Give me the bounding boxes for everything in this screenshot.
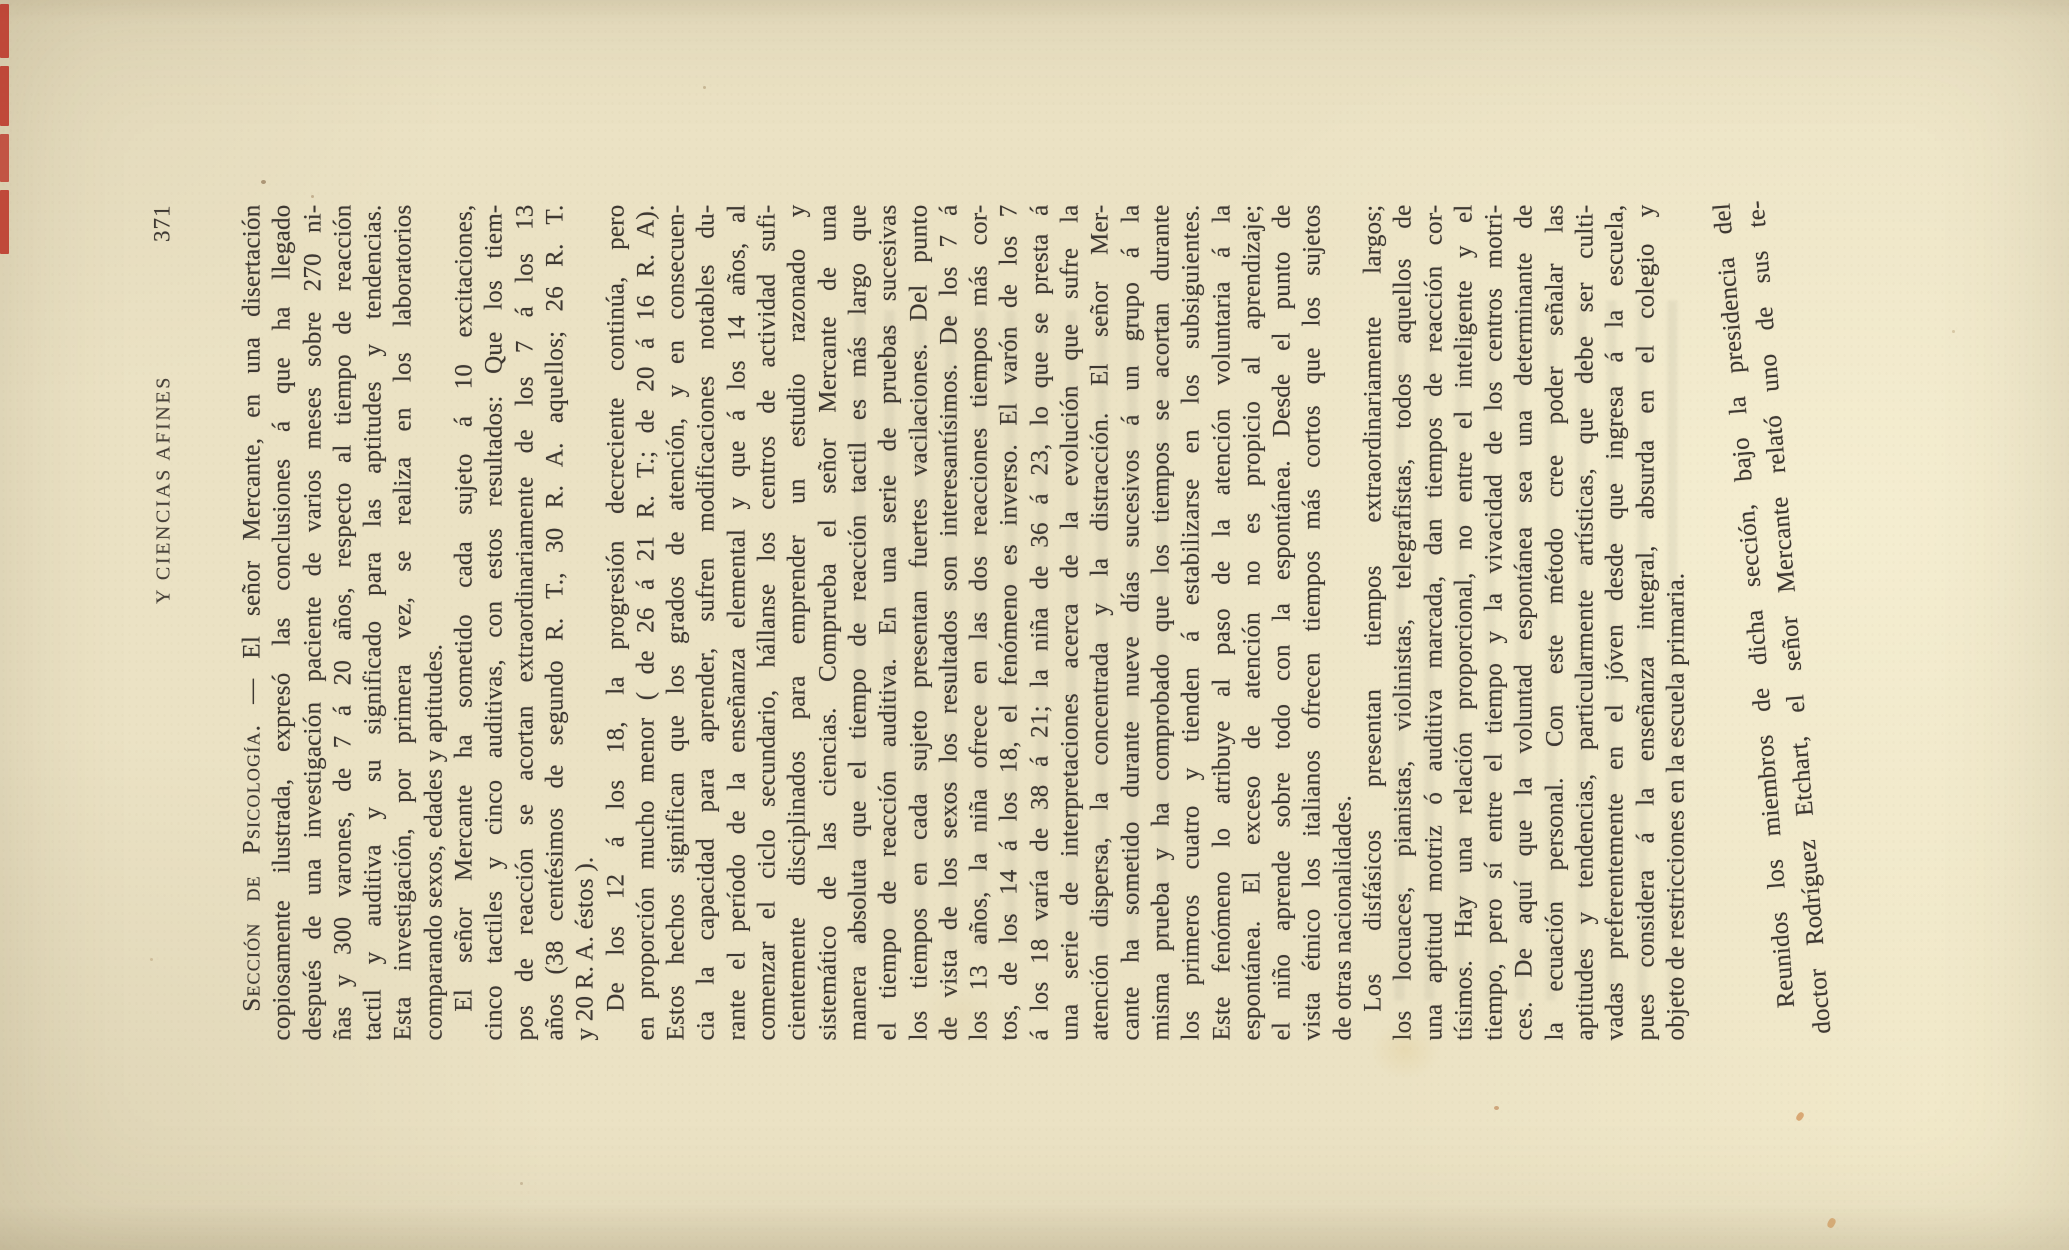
paragraph: El señor Mercante ha sometido cada sujet…: [450, 205, 601, 1041]
text-line: objeto de restricciones en la escuela pr…: [1661, 205, 1691, 1041]
text-line: Sección de Psicología. — El señor Mercan…: [238, 205, 268, 1041]
text-line: pues considera á la enseñanza integral, …: [1631, 205, 1661, 1041]
foxing-speck: [1655, 210, 1657, 212]
page-rotated-content: Y CIENCIAS AFINES 371 Sección de Psicolo…: [0, 1, 2069, 1250]
text-line: comenzar el ciclo secundario, hállanse l…: [753, 205, 783, 1041]
text-line: á los 18 varía de 38 á 21; la niña de 36…: [1025, 205, 1055, 1041]
foxing-speck: [311, 195, 314, 198]
text-run: — El señor Mercante, en una disertación: [239, 205, 266, 724]
text-line: de otras nacionalidades.: [1328, 205, 1358, 1041]
text-line: los locuaces, pianistas, violinistas, te…: [1389, 205, 1419, 1041]
text-line: los primeros cuatro y tienden á estabili…: [1177, 205, 1207, 1041]
text-line: años (38 centésimos de segundo R. T., 30…: [540, 205, 570, 1041]
paragraph: Sección de Psicología. — El señor Mercan…: [238, 205, 450, 1041]
foxing-speck: [150, 958, 153, 961]
text-line: cientemente disciplinados para emprender…: [783, 205, 813, 1041]
text-line: aptitudes y tendencias, particularmente …: [1571, 205, 1601, 1041]
scanned-page: Y CIENCIAS AFINES 371 Sección de Psicolo…: [0, 0, 2069, 1250]
page-number: 371: [150, 205, 176, 243]
text-line: cia la capacidad para aprender, sufren m…: [692, 205, 722, 1041]
text-line: comparando sexos, edades y aptitudes.: [419, 205, 449, 1041]
text-line: ces. De aquí que la voluntad espontánea …: [1510, 205, 1540, 1041]
text-line: una aptitud motriz ó auditiva marcada, d…: [1419, 205, 1449, 1041]
text-line: de vista de los sexos los resultados son…: [934, 205, 964, 1041]
text-line: la ecuación personal. Con este método cr…: [1540, 205, 1570, 1041]
text-line: vadas preferentemente en el jóven desde …: [1601, 205, 1631, 1041]
foxing-speck: [261, 180, 266, 184]
text-line: Este fenómeno lo atribuye al paso de la …: [1207, 205, 1237, 1041]
text-line: Esta investigación, por primera vez, se …: [389, 205, 419, 1041]
text-line: El señor Mercante ha sometido cada sujet…: [450, 205, 480, 1041]
foxing-speck: [1494, 1106, 1499, 1110]
text-line: el niño aprende sobre todo con la espont…: [1268, 205, 1298, 1041]
text-line: Los disfásicos presentan tiempos extraor…: [1358, 205, 1388, 1041]
text-line: misma prueba y ha comprobado que los tie…: [1146, 205, 1176, 1041]
text-line: Estos hechos significan que los grados d…: [662, 205, 692, 1041]
foxing-speck: [520, 1182, 523, 1185]
text-line: tactil y auditiva y su significado para …: [359, 205, 389, 1041]
paragraph: Reunidos los miembros de dicha sección, …: [1706, 199, 1841, 1038]
text-line: en proporción mucho menor ( de 26 á 21 R…: [631, 205, 661, 1041]
text-line: una serie de interpretaciones acerca de …: [1056, 205, 1086, 1041]
text-line: después de una investigación paciente de…: [298, 205, 328, 1041]
paragraph: De los 12 á los 18, la progresión decrec…: [601, 205, 1358, 1041]
text-line: ñas y 300 varones, de 7 á 20 años, respe…: [328, 205, 358, 1041]
foxing-speck: [703, 86, 706, 89]
text-line: el tiempo de reacción auditiva. En una s…: [874, 205, 904, 1041]
text-line: vista étnico los italianos ofrecen tiemp…: [1298, 205, 1328, 1041]
text-line: tísimos. Hay una relación proporcional, …: [1449, 205, 1479, 1041]
foxing-speck: [1952, 330, 1955, 333]
text-line: tiempo, pero sí entre el tiempo y la viv…: [1480, 205, 1510, 1041]
text-line: atención dispersa, la concentrada y la d…: [1086, 205, 1116, 1041]
text-line: los 13 años, la niña ofrece en las dos r…: [965, 205, 995, 1041]
journal-header-title: Y CIENCIAS AFINES: [153, 375, 176, 604]
text-line: sistemático de las ciencias. Comprueba e…: [813, 205, 843, 1041]
text-line: y 20 R. A. éstos ).: [571, 205, 601, 1041]
text-line: espontánea. El exceso de atención no es …: [1237, 205, 1267, 1041]
paragraph: Los disfásicos presentan tiempos extraor…: [1358, 205, 1691, 1041]
text-line: pos de reacción se acortan extraordinari…: [510, 205, 540, 1041]
text-line: los tiempos en cada sujeto presentan fue…: [904, 205, 934, 1041]
text-line: De los 12 á los 18, la progresión decrec…: [601, 205, 631, 1041]
text-line: cante ha sometido durante nueve días suc…: [1116, 205, 1146, 1041]
text-line: manera absoluta que el tiempo de reacció…: [843, 205, 873, 1041]
text-line: cinco tactiles y cinco auditivas, con es…: [480, 205, 510, 1041]
text-block: Sección de Psicología. — El señor Mercan…: [238, 205, 1774, 1041]
running-head: Y CIENCIAS AFINES 371: [150, 205, 182, 1041]
section-heading: Sección de Psicología.: [239, 724, 266, 1012]
text-line: tos, de los 14 á los 18, el fenómeno es …: [995, 205, 1025, 1041]
text-line: rante el período de la enseñanza element…: [722, 205, 752, 1041]
text-line: copiosamente ilustrada, expresó las conc…: [268, 205, 298, 1041]
